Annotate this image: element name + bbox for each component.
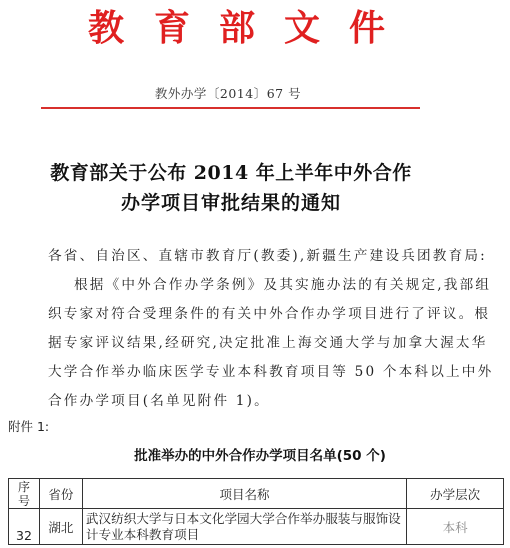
list-title: 批准举办的中外合作办学项目名单(50 个) xyxy=(0,444,510,464)
table-row: 32 湖北 武汉纺织大学与日本文化学园大学合作举办服装与服饰设计专业本科教育项目… xyxy=(9,509,504,545)
document-number: 教外办学〔2014〕67 号 xyxy=(0,84,456,102)
header-seq: 序号 xyxy=(9,479,40,509)
body-paragraph-line: 合作办学项目(名单见附件 1)。 xyxy=(48,389,270,409)
cell-province: 湖北 xyxy=(39,509,82,545)
header-divider xyxy=(41,107,420,109)
masthead-char: 文 xyxy=(284,6,320,50)
header-level: 办学层次 xyxy=(407,479,504,509)
header-province: 省份 xyxy=(39,479,82,509)
body-paragraph-line: 大学合作举办临床医学专业本科教育项目等 50 个本科以上中外 xyxy=(48,360,493,380)
masthead-char: 件 xyxy=(349,6,385,50)
notice-title-line1: 教育部关于公布 2014 年上半年中外合作 xyxy=(0,158,462,185)
table-header-row: 序号 省份 项目名称 办学层次 xyxy=(9,479,504,509)
body-paragraph-line: 根据《中外合作办学条例》及其实施办法的有关规定,我部组 xyxy=(74,273,491,293)
body-paragraph-line: 据专家评议结果,经研究,决定批准上海交通大学与加拿大渥太华 xyxy=(48,331,487,351)
masthead-char: 教 xyxy=(88,6,124,50)
masthead-char: 育 xyxy=(154,6,190,50)
salutation: 各省、自治区、直辖市教育厅(教委),新疆生产建设兵团教育局: xyxy=(48,244,487,264)
header-project-name: 项目名称 xyxy=(82,479,406,509)
cell-level: 本科 xyxy=(407,509,504,545)
cell-project-name: 武汉纺织大学与日本文化学园大学合作举办服装与服饰设计专业本科教育项目 xyxy=(82,509,406,545)
masthead: 教 育 部 文 件 xyxy=(0,6,510,50)
attachment-label: 附件 1: xyxy=(8,417,49,435)
project-table: 序号 省份 项目名称 办学层次 32 湖北 武汉纺织大学与日本文化学园大学合作举… xyxy=(8,478,504,545)
notice-title-line2: 办学项目审批结果的通知 xyxy=(0,188,462,215)
masthead-char: 部 xyxy=(219,6,255,50)
body-paragraph-line: 织专家对符合受理条件的有关中外合作办学项目进行了评议。根 xyxy=(48,302,490,322)
cell-seq: 32 xyxy=(9,509,40,545)
